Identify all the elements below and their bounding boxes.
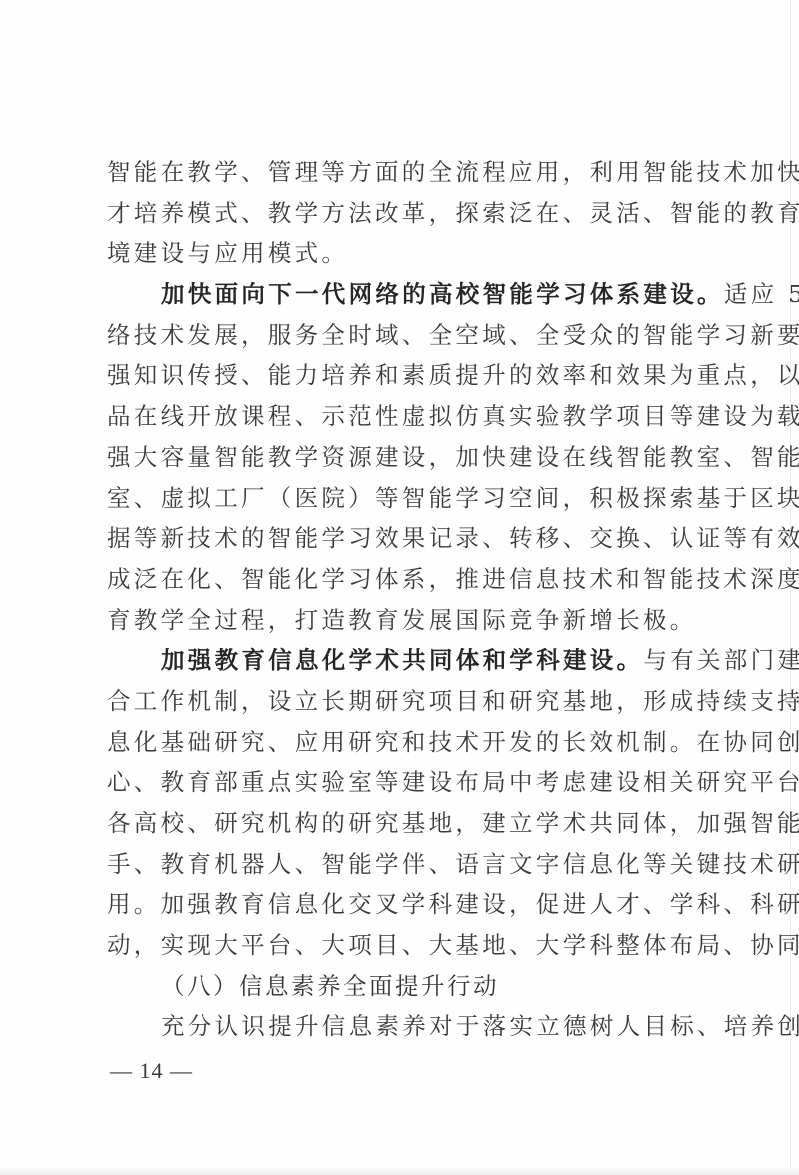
section-heading: （八）信息素养全面提升行动 <box>107 966 711 1007</box>
text-line: 智能在教学、管理等方面的全流程应用，利用智能技术加快推动人 <box>107 152 711 193</box>
text-line: 强大容量智能教学资源建设，加快建设在线智能教室、智能实验 <box>107 437 711 478</box>
paragraph-lead-line: 加强教育信息化学术共同体和学科建设。与有关部门建立联 <box>107 640 711 681</box>
text-line: 境建设与应用模式。 <box>107 233 711 274</box>
text-run: 适应 5G 网 <box>724 280 799 308</box>
text-line: 手、教育机器人、智能学伴、语言文字信息化等关键技术研究与应 <box>107 844 711 885</box>
text-line: 强知识传授、能力培养和素质提升的效率和效果为重点，以国家精 <box>107 355 711 396</box>
text-line: 品在线开放课程、示范性虚拟仿真实验教学项目等建设为载体，加 <box>107 396 711 437</box>
text-line: 室、虚拟工厂（医院）等智能学习空间，积极探索基于区块链、大数 <box>107 478 711 519</box>
text-line: 动，实现大平台、大项目、大基地、大学科整体布局、协同发展。 <box>107 925 711 966</box>
text-line: 心、教育部重点实验室等建设布局中考虑建设相关研究平台，汇聚 <box>107 762 711 803</box>
text-line: 息化基础研究、应用研究和技术开发的长效机制。在协同创新中 <box>107 722 711 763</box>
text-line: 据等新技术的智能学习效果记录、转移、交换、认证等有效方式，形 <box>107 518 711 559</box>
text-line: 才培养模式、教学方法改革，探索泛在、灵活、智能的教育教学新环 <box>107 193 711 234</box>
text-line: 用。加强教育信息化交叉学科建设，促进人才、学科、科研良性互 <box>107 884 711 925</box>
text-line: 充分认识提升信息素养对于落实立德树人目标、培养创新人 <box>107 1006 711 1047</box>
text-line: 育教学全过程，打造教育发展国际竞争新增长极。 <box>107 600 711 641</box>
text-line: 络技术发展，服务全时域、全空域、全受众的智能学习新要求，以增 <box>107 315 711 356</box>
text-line: 各高校、研究机构的研究基地，建立学术共同体，加强智能教学助 <box>107 803 711 844</box>
scan-bottom-shadow <box>0 1168 799 1175</box>
document-page: 智能在教学、管理等方面的全流程应用，利用智能技术加快推动人 才培养模式、教学方法… <box>0 0 799 1175</box>
text-run: 与有关部门建立联 <box>643 646 799 674</box>
paragraph-heading-bold: 加强教育信息化学术共同体和学科建设。 <box>161 646 643 674</box>
paragraph-heading-bold: 加快面向下一代网络的高校智能学习体系建设。 <box>161 280 724 308</box>
body-text: 智能在教学、管理等方面的全流程应用，利用智能技术加快推动人 才培养模式、教学方法… <box>107 152 711 1047</box>
text-line: 合工作机制，设立长期研究项目和研究基地，形成持续支持教育信 <box>107 681 711 722</box>
text-line: 成泛在化、智能化学习体系，推进信息技术和智能技术深度融入教 <box>107 559 711 600</box>
paragraph-lead-line: 加快面向下一代网络的高校智能学习体系建设。适应 5G 网 <box>107 274 711 315</box>
page-number: — 14 — <box>110 1058 193 1084</box>
